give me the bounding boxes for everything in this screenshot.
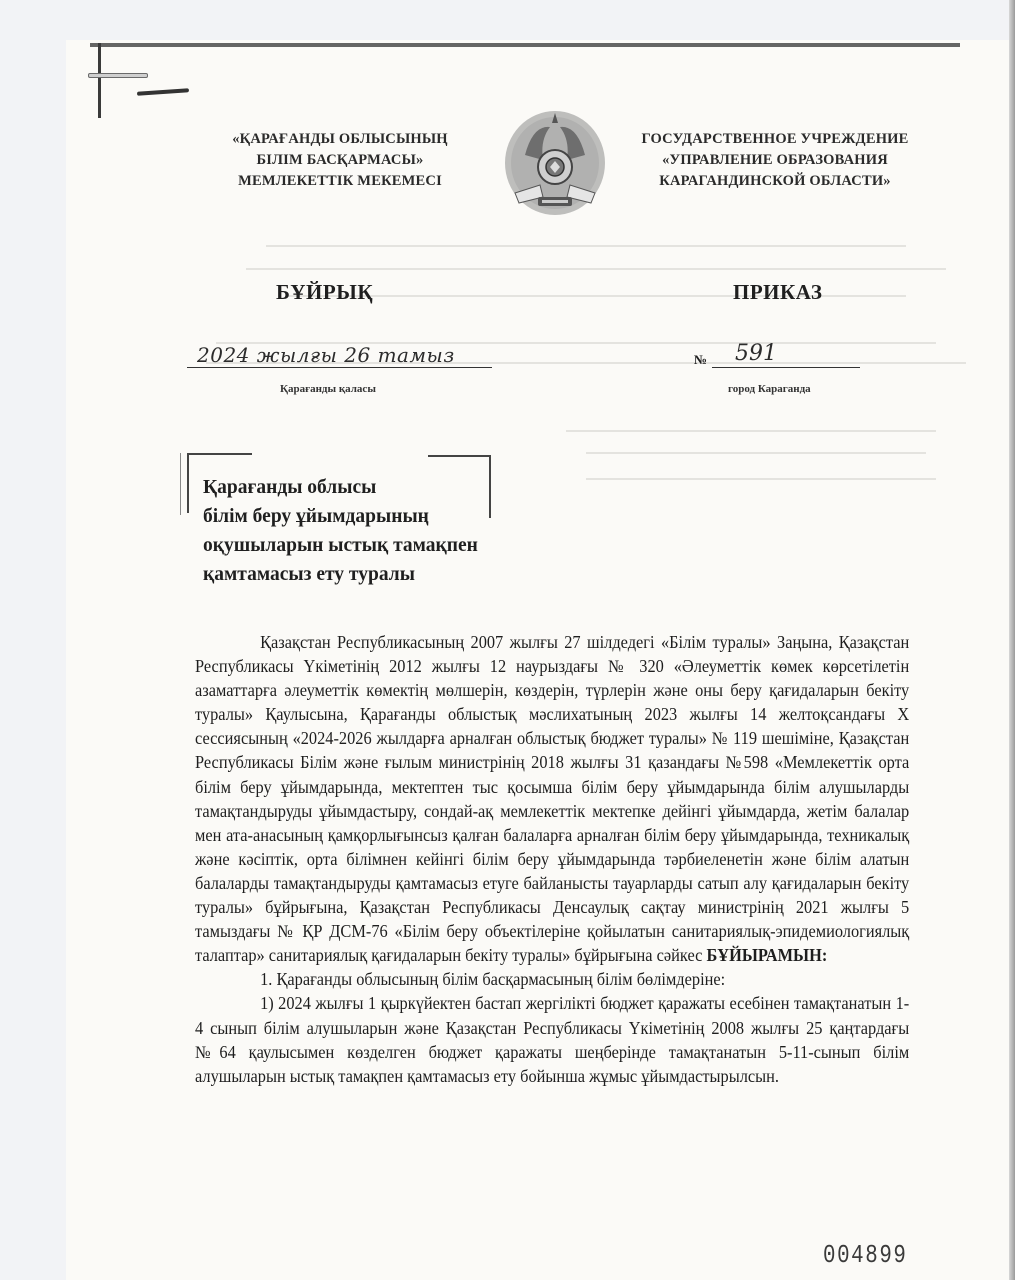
order-title-ru: ПРИКАЗ xyxy=(733,280,822,305)
header-kz-line: «ҚАРАҒАНДЫ ОБЛЫСЫНЫҢ xyxy=(220,129,460,150)
order-body: Қазақстан Республикасының 2007 жылғы 27 … xyxy=(195,630,909,1088)
order-word: БҰЙЫРАМЫН: xyxy=(706,945,827,965)
subject-line: қамтамасыз ету туралы xyxy=(203,560,523,589)
scan-edge-mark xyxy=(90,43,960,47)
header-ru: ГОСУДАРСТВЕННОЕ УЧРЕЖДЕНИЕ «УПРАВЛЕНИЕ О… xyxy=(625,129,925,192)
order-item-1-1: 1) 2024 жылғы 1 қыркүйектен бастап жергі… xyxy=(195,991,909,1087)
bleed-through-line xyxy=(246,268,946,270)
header-kz: «ҚАРАҒАНДЫ ОБЛЫСЫНЫҢ БІЛІМ БАСҚАРМАСЫ» М… xyxy=(220,129,460,192)
subject-box-corner xyxy=(187,453,252,455)
header-kz-line: БІЛІМ БАСҚАРМАСЫ» xyxy=(220,150,460,171)
bleed-through-line xyxy=(586,478,936,480)
city-kz: Қарағанды қаласы xyxy=(280,383,376,395)
handwritten-order-number: 591 xyxy=(735,341,777,366)
header-ru-line: ГОСУДАРСТВЕННОЕ УЧРЕЖДЕНИЕ xyxy=(625,129,925,150)
header-kz-line: МЕМЛЕКЕТТІК МЕКЕМЕСІ xyxy=(220,171,460,192)
subject-line: білім беру ұйымдарының xyxy=(203,502,523,531)
date-underline xyxy=(187,367,492,368)
city-ru: город Караганда xyxy=(728,383,811,395)
header-ru-line: КАРАГАНДИНСКОЙ ОБЛАСТИ» xyxy=(625,171,925,192)
number-sign: № xyxy=(694,352,707,368)
header-ru-line: «УПРАВЛЕНИЕ ОБРАЗОВАНИЯ xyxy=(625,150,925,171)
state-emblem-icon xyxy=(495,105,615,225)
order-subject: Қарағанды облысы білім беру ұйымдарының … xyxy=(203,473,523,589)
serial-number: 004899 xyxy=(823,1240,908,1270)
order-title-kz: БҰЙРЫҚ xyxy=(276,280,373,305)
staple-mark xyxy=(88,73,148,78)
number-underline xyxy=(712,367,860,368)
order-item-1: 1. Қарағанды облысының білім басқармасын… xyxy=(195,967,909,991)
subject-box-corner xyxy=(180,453,181,515)
subject-line: Қарағанды облысы xyxy=(203,473,523,502)
bleed-through-line xyxy=(566,430,936,432)
bleed-through-line xyxy=(266,245,906,247)
bleed-through-line xyxy=(586,452,926,454)
preamble-paragraph: Қазақстан Республикасының 2007 жылғы 27 … xyxy=(195,630,909,967)
subject-box-corner xyxy=(187,453,189,513)
page-edge-shadow xyxy=(1009,0,1015,1280)
subject-line: оқушыларын ыстық тамақпен xyxy=(203,531,523,560)
handwritten-date: 2024 жылғы 26 тамыз xyxy=(197,343,455,367)
subject-box-corner xyxy=(428,455,490,457)
scan-edge-mark xyxy=(98,43,101,118)
preamble-text: Қазақстан Республикасының 2007 жылғы 27 … xyxy=(195,632,909,965)
